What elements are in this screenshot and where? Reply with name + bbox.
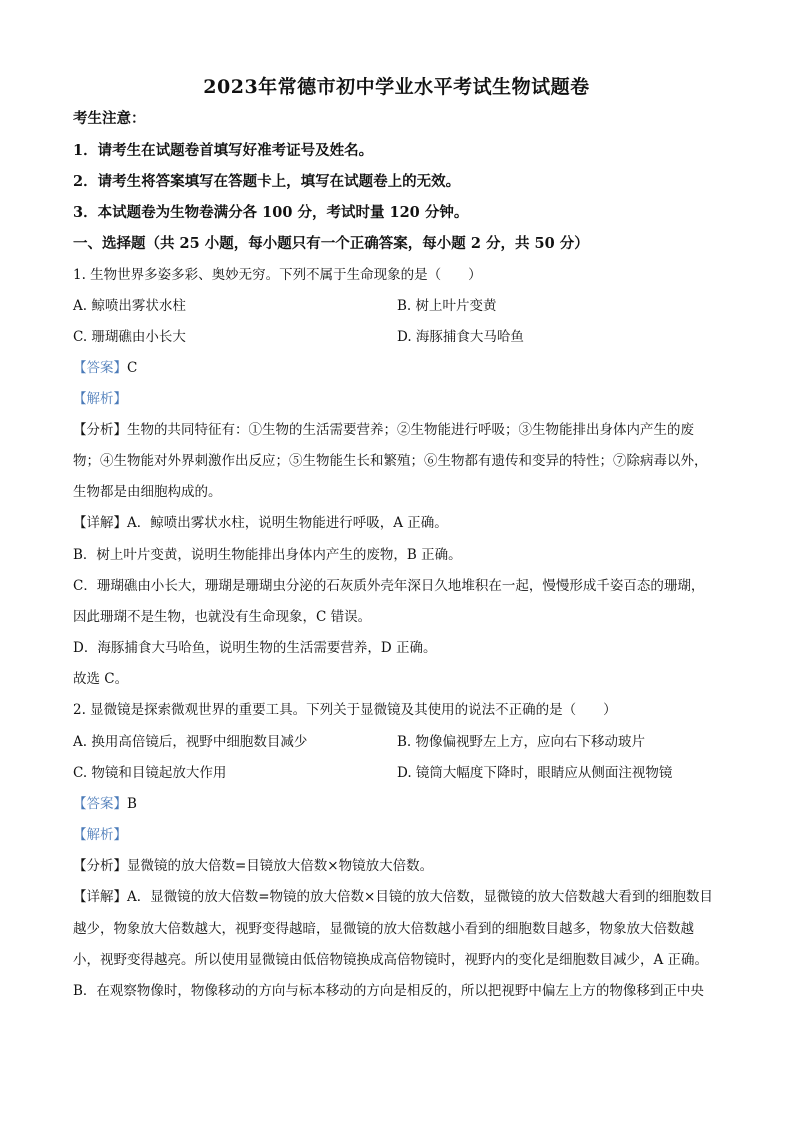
analysis-label: 【解析】 [73, 826, 127, 844]
option-c: C. 物镜和目镜起放大作用 [73, 764, 226, 782]
xiangjie-label: 【详解】 [73, 515, 127, 531]
option-d: D. 海豚捕食大马哈鱼 [397, 328, 524, 346]
answer-label: 【答案】 [73, 360, 127, 376]
fenxi-line: 【分析】生物的共同特征有：①生物的生活需要营养；②生物能进行呼吸；③生物能排出身… [73, 421, 694, 439]
document-page: 2023年常德市初中学业水平考试生物试题卷 考生注意： 1．请考生在试题卷首填写… [0, 0, 793, 1122]
question-stem: 2. 显微镜是探索微观世界的重要工具。下列关于显微镜及其使用的说法不正确的是（ … [73, 701, 617, 719]
answer-value: B [127, 796, 137, 812]
option-d: D. 镜筒大幅度下降时，眼睛应从侧面注视物镜 [397, 764, 672, 782]
notice-item: 2．请考生将答案填写在答题卡上，填写在试题卷上的无效。 [73, 173, 460, 191]
fenxi-label: 【分析】 [73, 858, 127, 874]
notice-item: 1．请考生在试题卷首填写好准考证号及姓名。 [73, 142, 373, 160]
option-a: A. 鲸喷出雾状水柱 [73, 297, 186, 315]
detail-line: C．珊瑚礁由小长大，珊瑚是珊瑚虫分泌的石灰质外壳年深日久地堆积在一起，慢慢形成千… [73, 577, 704, 595]
answer-line: 【答案】C [73, 359, 137, 377]
xiangjie-label: 【详解】 [73, 889, 127, 905]
question-stem: 1. 生物世界多姿多彩、奥妙无穷。下列不属于生命现象的是（ ） [73, 266, 482, 284]
detail-line: 小，视野变得越亮。所以使用显微镜由低倍物镜换成高倍物镜时，视野内的变化是细胞数目… [73, 951, 708, 969]
page-title: 2023年常德市初中学业水平考试生物试题卷 [0, 72, 793, 99]
detail-line: D．海豚捕食大马哈鱼，说明生物的生活需要营养，D 正确。 [73, 639, 436, 657]
detail-line: 因此珊瑚不是生物，也就没有生命现象，C 错误。 [73, 608, 371, 626]
option-c: C. 珊瑚礁由小长大 [73, 328, 186, 346]
answer-line: 【答案】B [73, 795, 137, 813]
fenxi-line: 生物都是由细胞构成的。 [73, 483, 222, 501]
notice-heading: 考生注意： [73, 110, 146, 128]
detail-line: 【详解】A．显微镜的放大倍数=物镜的放大倍数×目镜的放大倍数，显微镜的放大倍数越… [73, 888, 713, 906]
detail-line: 【详解】A．鲸喷出雾状水柱，说明生物能进行呼吸，A 正确。 [73, 514, 448, 532]
detail-line: B．在观察物像时，物像移动的方向与标本移动的方向是相反的，所以把视野中偏左上方的… [73, 982, 704, 1000]
answer-value: C [127, 360, 137, 376]
detail-line: 越少，物象放大倍数越大，视野变得越暗，显微镜的放大倍数越小看到的细胞数目越多，物… [73, 920, 694, 938]
fenxi-label: 【分析】 [73, 422, 127, 438]
option-a: A. 换用高倍镜后，视野中细胞数目减少 [73, 733, 307, 751]
answer-label: 【答案】 [73, 796, 127, 812]
detail-line: 故选 C。 [73, 670, 128, 688]
option-b: B. 物像偏视野左上方，应向右下移动玻片 [397, 733, 645, 751]
notice-item: 3．本试题卷为生物卷满分各 100 分，考试时量 120 分钟。 [73, 204, 468, 222]
fenxi-line: 物；④生物能对外界刺激作出反应；⑤生物能生长和繁殖；⑥生物都有遗传和变异的特性；… [73, 452, 708, 470]
section-heading: 一、选择题（共 25 小题，每小题只有一个正确答案，每小题 2 分，共 50 分… [73, 235, 589, 253]
analysis-label: 【解析】 [73, 390, 127, 408]
detail-line: B．树上叶片变黄，说明生物能排出身体内产生的废物，B 正确。 [73, 546, 462, 564]
option-b: B. 树上叶片变黄 [397, 297, 497, 315]
fenxi-line: 【分析】显微镜的放大倍数=目镜放大倍数×物镜放大倍数。 [73, 857, 433, 875]
